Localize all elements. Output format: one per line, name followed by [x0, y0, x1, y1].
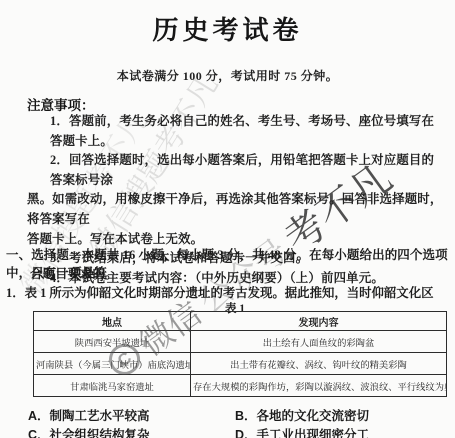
option-a: A．制陶工艺水平较高 — [28, 406, 150, 424]
option-d-label: D． — [235, 428, 257, 438]
table-header-location: 地点 — [34, 312, 191, 331]
option-b: B．各地的文化交流密切 — [235, 406, 369, 424]
option-c-text: 社会组织结构复杂 — [50, 428, 150, 438]
table-row: 陕西西安半坡遗址 出土绘有人面鱼纹的彩陶盆 — [34, 331, 447, 353]
option-b-text: 各地的文化交流密切 — [257, 409, 370, 423]
page-title: 历史考试卷 — [0, 10, 455, 47]
table-row: 河南陕县（今属三门峡市）庙底沟遗址 出土带有花瓣纹、涡纹、钩叶纹的精美彩陶 — [34, 353, 447, 375]
table-cell-location: 河南陕县（今属三门峡市）庙底沟遗址 — [34, 353, 191, 375]
question-1-table: 地点 发现内容 陕西西安半坡遗址 出土绘有人面鱼纹的彩陶盆 河南陕县（今属三门峡… — [33, 311, 447, 397]
table-header-row: 地点 发现内容 — [34, 312, 447, 331]
question-1-stem: 1．表 1 所示为仰韶文化时期部分遗址的考古发现。据此推知，当时仰韶文化区 — [6, 283, 452, 301]
notice-line-2: 2．回答选择题时，选出每小题答案后，用铅笔把答题卡上对应题目的答案标号涂 — [27, 151, 445, 190]
notice-line-1: 1．答题前，考生务必将自己的姓名、考生号、考场号、座位号填写在答题卡上。 — [27, 112, 445, 151]
option-a-label: A． — [28, 409, 50, 423]
notice-heading: 注意事项： — [27, 94, 95, 114]
table-cell-location: 陕西西安半坡遗址 — [34, 331, 191, 353]
table-cell-findings: 存在大规模的彩陶作坊，彩陶以漩涡纹、波浪纹、平行线纹为典型 — [191, 375, 447, 397]
exam-paper-page: 微信搜题考不凡 微信搜题考不凡 历史考试卷 本试卷满分 100 分，考试用时 7… — [0, 0, 455, 438]
exam-info-line: 本试卷满分 100 分，考试用时 75 分钟。 — [0, 67, 455, 84]
option-d-text: 手工业出现细密分工 — [257, 428, 370, 438]
table-header-findings: 发现内容 — [191, 312, 447, 331]
option-c: C．社会组织结构复杂 — [28, 425, 150, 438]
table-cell-location: 甘肃临洮马家窑遗址 — [34, 375, 191, 397]
table-row: 甘肃临洮马家窑遗址 存在大规模的彩陶作坊，彩陶以漩涡纹、波浪纹、平行线纹为典型 — [34, 375, 447, 397]
table-cell-findings: 出土绘有人面鱼纹的彩陶盆 — [191, 331, 447, 353]
option-a-text: 制陶工艺水平较高 — [50, 409, 150, 423]
table-cell-findings: 出土带有花瓣纹、涡纹、钩叶纹的精美彩陶 — [191, 353, 447, 375]
notice-line-3: 黑。如需改动，用橡皮擦干净后，再选涂其他答案标号。回答非选择题时，将答案写在 — [27, 190, 445, 229]
option-b-label: B． — [235, 409, 257, 423]
option-d: D．手工业出现细密分工 — [235, 425, 369, 438]
section-heading-line-2: 合题目要求的。 — [30, 264, 118, 282]
option-c-label: C． — [28, 428, 50, 438]
